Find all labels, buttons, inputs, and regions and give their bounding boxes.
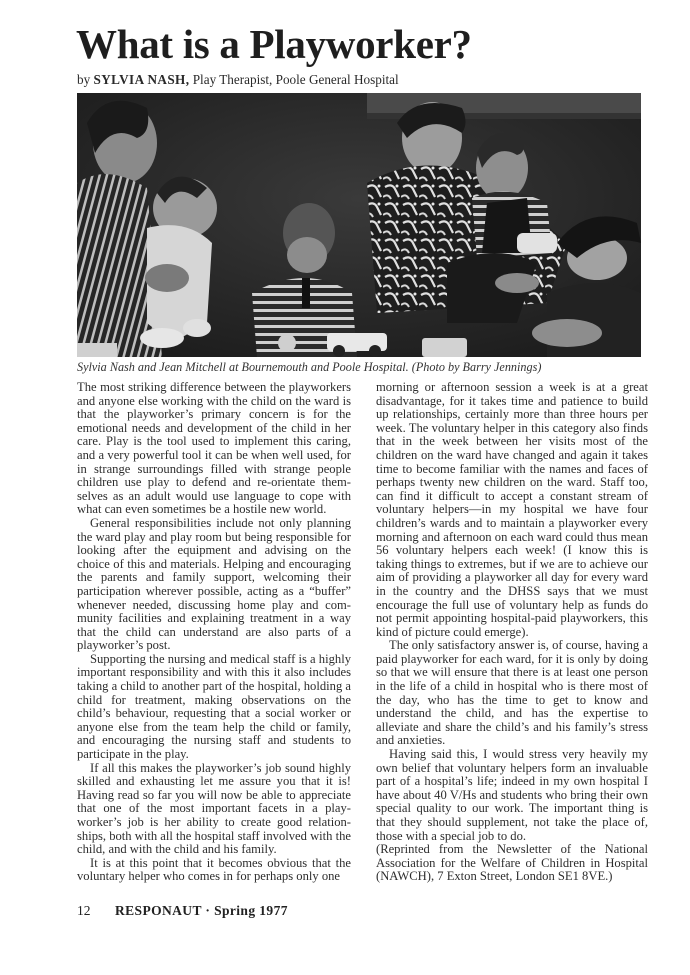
paragraph: Having said this, I would stress very he… xyxy=(376,748,648,843)
byline-affiliation: Play Therapist, Poole General Hospital xyxy=(189,72,398,87)
paragraph: The most striking difference between the… xyxy=(77,381,351,517)
footer-separator: · xyxy=(202,903,214,918)
article-column-right: morning or afternoon session a week is a… xyxy=(376,381,648,884)
photo-caption: Sylvia Nash and Jean Mitchell at Bournem… xyxy=(77,360,541,375)
article-photo xyxy=(77,93,641,357)
paragraph: The only satisfactory answer is, of cour… xyxy=(376,639,648,748)
byline-author: SYLVIA NASH, xyxy=(93,72,189,87)
reprint-note: (Reprinted from the Newsletter of the Na… xyxy=(376,843,648,884)
byline-prefix: by xyxy=(77,72,93,87)
issue-date: Spring 1977 xyxy=(214,903,288,918)
byline: by SYLVIA NASH, Play Therapist, Poole Ge… xyxy=(77,72,399,88)
paragraph: General responsibilities include not onl… xyxy=(77,517,351,653)
paragraph: morning or afternoon session a week is a… xyxy=(376,381,648,639)
magazine-name: RESPONAUT xyxy=(115,903,202,918)
paragraph: It is at this point that it becomes obvi… xyxy=(77,857,351,884)
article-column-left: The most striking difference between the… xyxy=(77,381,351,884)
article-title: What is a Playworker? xyxy=(76,24,472,65)
page-number: 12 xyxy=(77,903,115,919)
page-footer: 12RESPONAUT · Spring 1977 xyxy=(77,903,288,919)
paragraph: Supporting the nursing and medical staff… xyxy=(77,653,351,762)
paragraph: If all this makes the playworker’s job s… xyxy=(77,762,351,857)
